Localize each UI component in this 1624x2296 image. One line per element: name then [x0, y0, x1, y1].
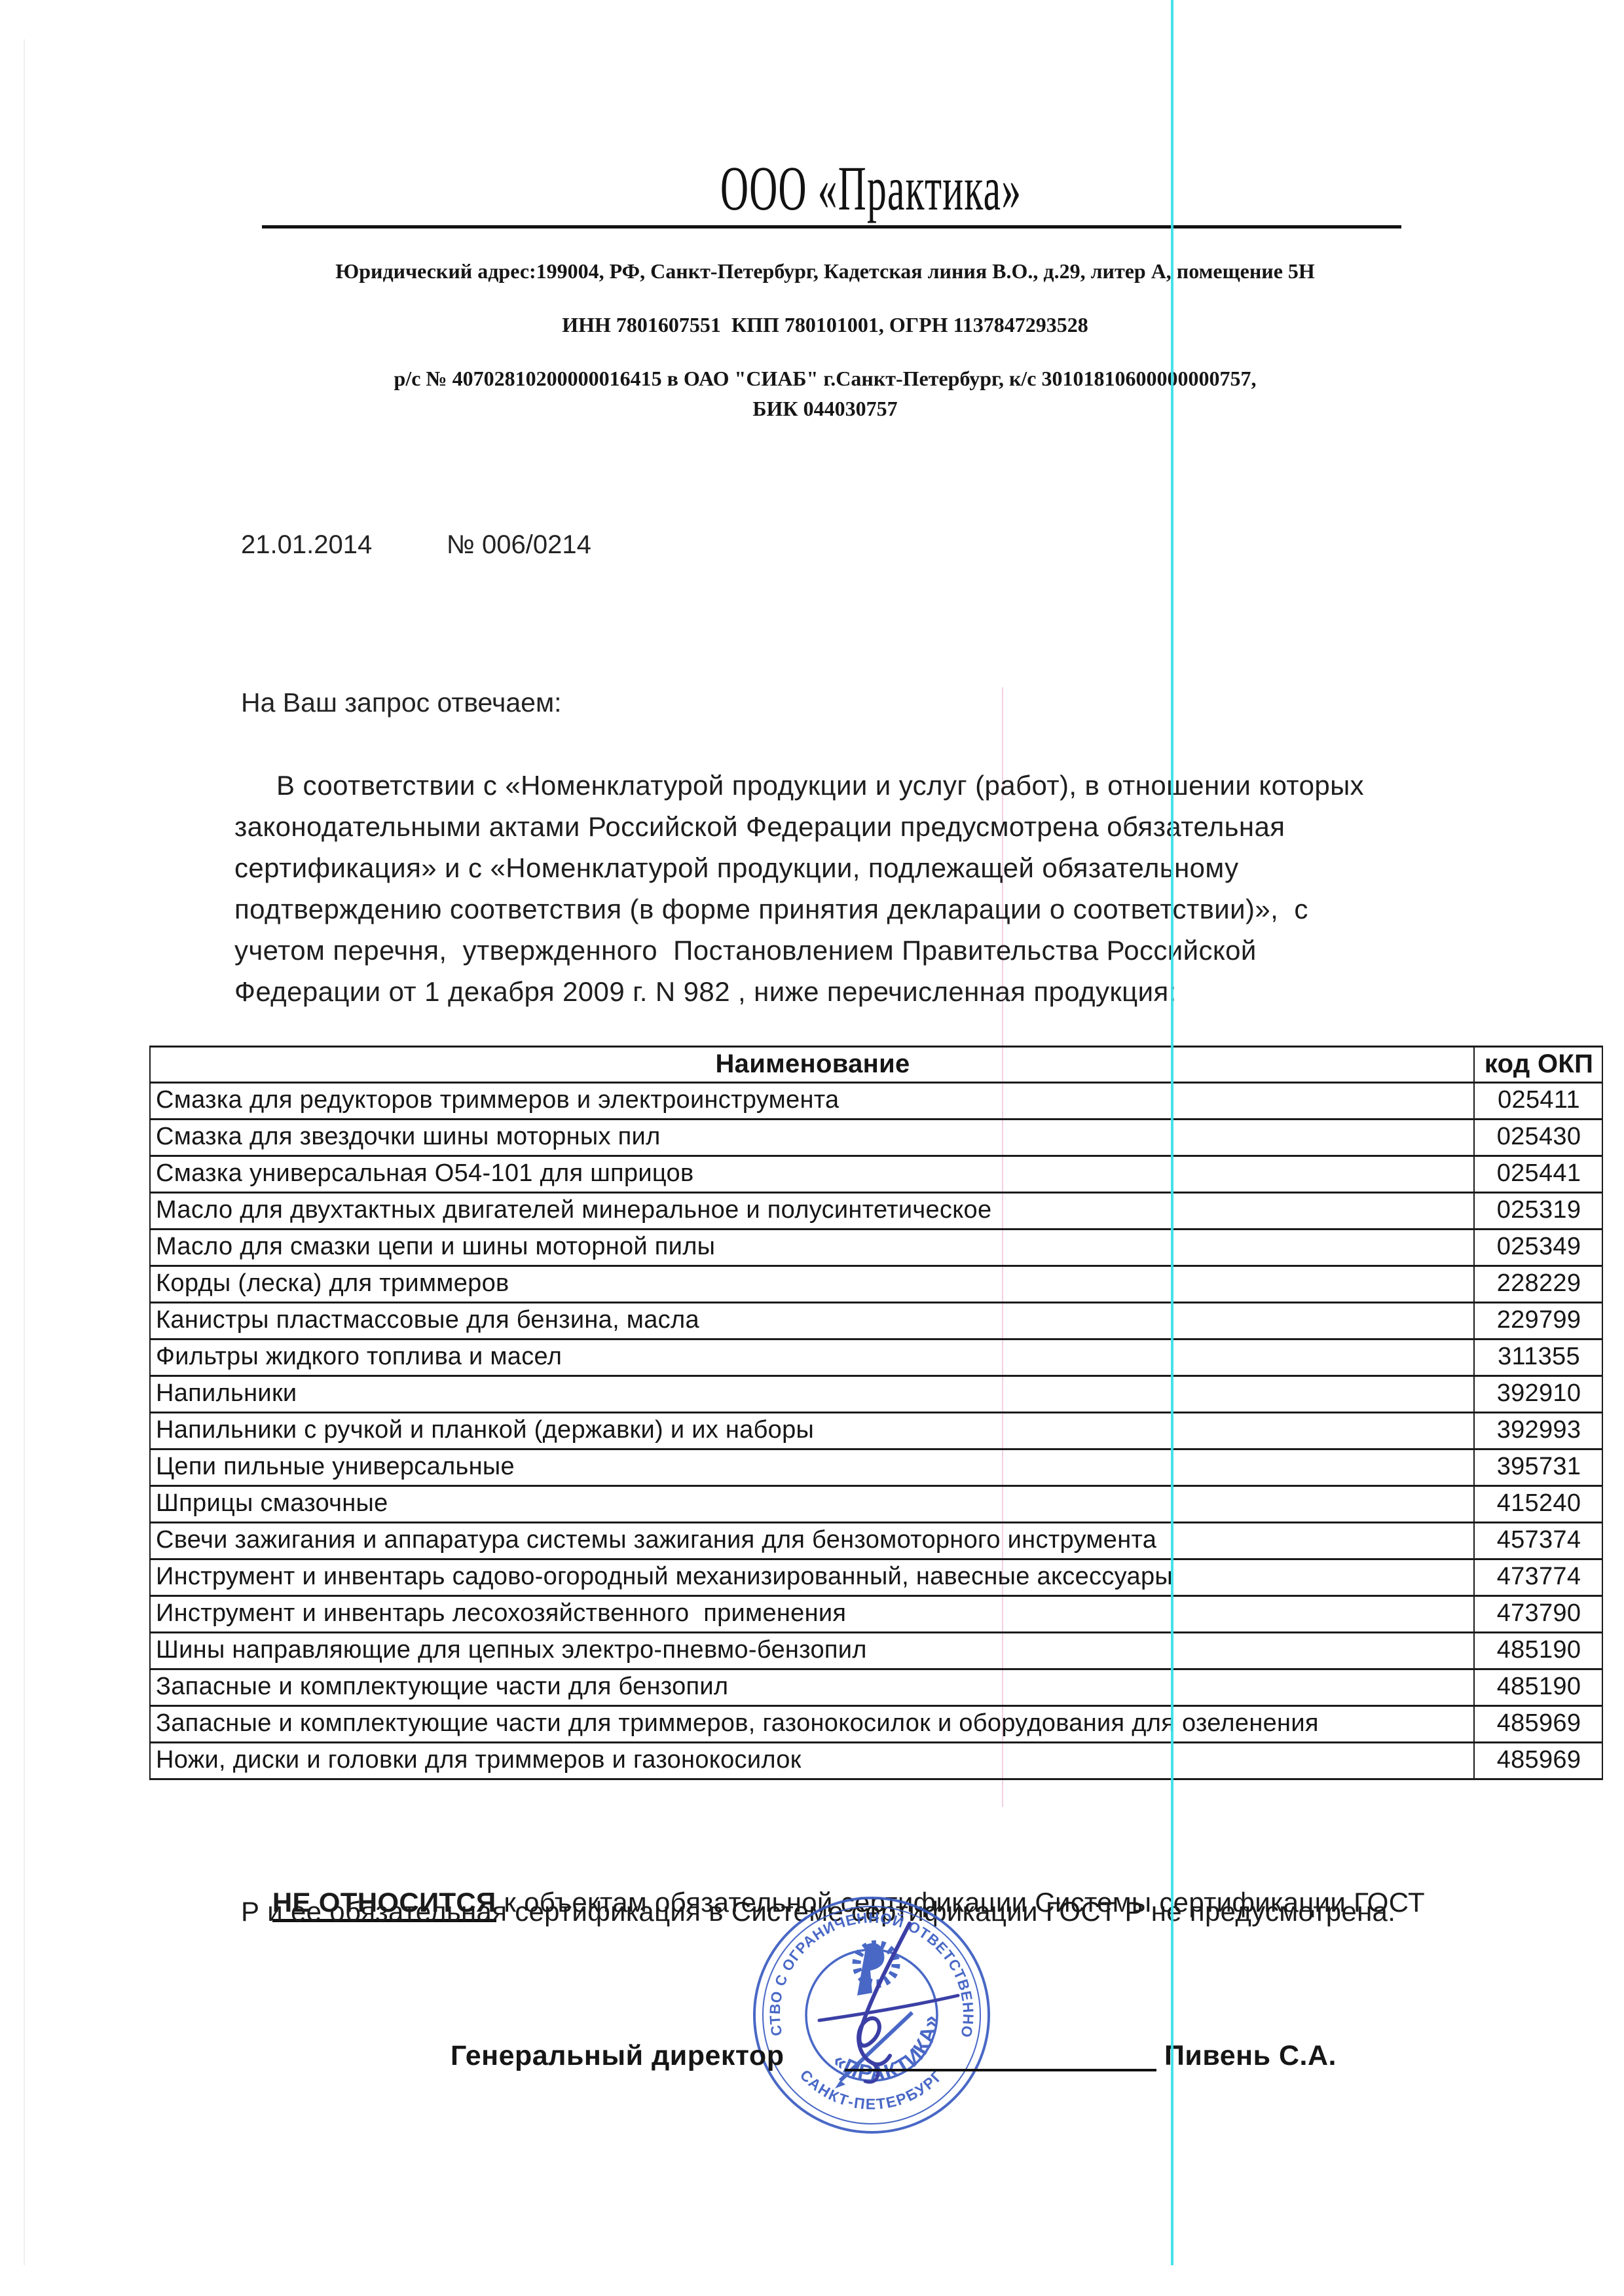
table-row: Напильники392910	[150, 1376, 1602, 1413]
products-table: Наименование код ОКП Смазка для редуктор…	[149, 1046, 1603, 1780]
bik-line: БИК 044030757	[111, 397, 1539, 421]
table-row: Корды (леска) для триммеров228229	[150, 1266, 1602, 1303]
okp-code-cell: 229799	[1474, 1303, 1602, 1339]
okp-code-cell: 392993	[1474, 1413, 1602, 1449]
stamp-second-ring	[763, 1906, 980, 2124]
body-line: В соответствии с «Номенклатурой продукци…	[234, 765, 1452, 806]
table-row: Цепи пильные универсальные395731	[150, 1449, 1602, 1486]
product-name-cell: Смазка универсальная О54-101 для шприцов	[150, 1156, 1474, 1193]
table-row: Фильтры жидкого топлива и масел311355	[150, 1339, 1602, 1376]
document-number: № 006/0214	[447, 530, 591, 560]
product-name-cell: Напильники	[150, 1376, 1474, 1413]
body-paragraph: В соответствии с «Номенклатурой продукци…	[234, 765, 1452, 1012]
letterhead-rule	[262, 225, 1401, 228]
paper-edge-line	[24, 39, 25, 2265]
table-row: Запасные и комплектующие части для бензо…	[150, 1669, 1602, 1706]
table-row: Шины направляющие для цепных электро-пне…	[150, 1633, 1602, 1669]
table-row: Напильники с ручкой и планкой (державки)…	[150, 1413, 1602, 1449]
company-stamp: ОБЩЕСТВО С ОГРАНИЧЕННОЙ ОТВЕТСТВЕННОСТЬЮ…	[741, 1884, 1003, 2146]
okp-code-cell: 025319	[1474, 1193, 1602, 1230]
table-row: Канистры пластмассовые для бензина, масл…	[150, 1303, 1602, 1339]
inn-kpp-ogrn-line: ИНН 7801607551 КПП 780101001, ОГРН 11378…	[111, 313, 1539, 337]
okp-code-cell: 485190	[1474, 1669, 1602, 1706]
okp-code-cell: 485969	[1474, 1706, 1602, 1743]
okp-code-cell: 311355	[1474, 1339, 1602, 1376]
product-name-cell: Напильники с ручкой и планкой (державки)…	[150, 1413, 1474, 1449]
table-row: Масло для двухтактных двигателей минерал…	[150, 1193, 1602, 1230]
legal-address-line: Юридический адрес:199004, РФ, Санкт-Пете…	[111, 259, 1539, 283]
scanner-streak-cyan	[1171, 0, 1173, 2265]
product-name-cell: Корды (леска) для триммеров	[150, 1266, 1474, 1303]
okp-code-cell: 392910	[1474, 1376, 1602, 1413]
product-name-cell: Фильтры жидкого топлива и масел	[150, 1339, 1474, 1376]
okp-code-cell: 485190	[1474, 1633, 1602, 1669]
body-line: сертификация» и с «Номенклатурой продукц…	[234, 847, 1452, 888]
okp-code-cell: 025430	[1474, 1120, 1602, 1156]
product-name-cell: Шины направляющие для цепных электро-пне…	[150, 1633, 1474, 1669]
column-header-name: Наименование	[150, 1047, 1474, 1083]
product-name-cell: Смазка для звездочки шины моторных пил	[150, 1120, 1474, 1156]
svg-text:«ПРАКТИКА»: «ПРАКТИКА»	[828, 2014, 942, 2085]
product-name-cell: Ножи, диски и головки для триммеров и га…	[150, 1743, 1474, 1779]
column-header-okp-code: код ОКП	[1474, 1047, 1602, 1083]
product-name-cell: Масло для двухтактных двигателей минерал…	[150, 1193, 1474, 1230]
signatory-title: Генеральный директор	[451, 2040, 784, 2072]
okp-code-cell: 485969	[1474, 1743, 1602, 1779]
table-row: Ножи, диски и головки для триммеров и га…	[150, 1743, 1602, 1779]
table-row: Запасные и комплектующие части для тримм…	[150, 1706, 1602, 1743]
okp-code-cell: 025411	[1474, 1083, 1602, 1120]
table-row: Инструмент и инвентарь лесохозяйственног…	[150, 1596, 1602, 1633]
product-name-cell: Смазка для редукторов триммеров и электр…	[150, 1083, 1474, 1120]
stamp-company-arc-text: «ПРАКТИКА»	[828, 2014, 942, 2085]
body-line: учетом перечня, утвержденного Постановле…	[234, 930, 1452, 971]
product-name-cell: Запасные и комплектующие части для бензо…	[150, 1669, 1474, 1706]
product-name-cell: Канистры пластмассовые для бензина, масл…	[150, 1303, 1474, 1339]
product-name-cell: Инструмент и инвентарь лесохозяйственног…	[150, 1596, 1474, 1633]
okp-code-cell: 473790	[1474, 1596, 1602, 1633]
table-row: Смазка универсальная О54-101 для шприцов…	[150, 1156, 1602, 1193]
body-line: законодательными актами Российской Федер…	[234, 806, 1452, 847]
table-row: Свечи зажигания и аппаратура системы заж…	[150, 1523, 1602, 1559]
okp-code-cell: 025349	[1474, 1230, 1602, 1266]
table-row: Инструмент и инвентарь садово-огородный …	[150, 1559, 1602, 1596]
document-page: ООО «Практика» Юридический адрес:199004,…	[0, 0, 1624, 2296]
body-line: подтверждению соответствия (в форме прин…	[234, 888, 1452, 930]
okp-code-cell: 415240	[1474, 1486, 1602, 1523]
company-name-title: ООО «Практика»	[720, 152, 1022, 225]
body-line: Федерации от 1 декабря 2009 г. N 982 , н…	[234, 971, 1452, 1012]
product-name-cell: Масло для смазки цепи и шины моторной пи…	[150, 1230, 1474, 1266]
signatory-name: Пивень С.А.	[1164, 2040, 1337, 2072]
signature-line	[845, 2069, 1156, 2071]
bank-account-line: р/с № 40702810200000016415 в ОАО "СИАБ" …	[111, 367, 1539, 391]
okp-code-cell: 228229	[1474, 1266, 1602, 1303]
product-name-cell: Инструмент и инвентарь садово-огородный …	[150, 1559, 1474, 1596]
document-date: 21.01.2014	[241, 530, 372, 560]
table-row: Шприцы смазочные415240	[150, 1486, 1602, 1523]
product-name-cell: Запасные и комплектующие части для тримм…	[150, 1706, 1474, 1743]
okp-code-cell: 395731	[1474, 1449, 1602, 1486]
product-name-cell: Шприцы смазочные	[150, 1486, 1474, 1523]
product-name-cell: Свечи зажигания и аппаратура системы заж…	[150, 1523, 1474, 1559]
table-row: Смазка для редукторов триммеров и электр…	[150, 1083, 1602, 1120]
okp-code-cell: 457374	[1474, 1523, 1602, 1559]
table-header-row: Наименование код ОКП	[150, 1047, 1602, 1083]
table-row: Масло для смазки цепи и шины моторной пи…	[150, 1230, 1602, 1266]
okp-code-cell: 473774	[1474, 1559, 1602, 1596]
salutation-text: На Ваш запрос отвечаем:	[241, 687, 562, 718]
product-name-cell: Цепи пильные универсальные	[150, 1449, 1474, 1486]
table-row: Смазка для звездочки шины моторных пил02…	[150, 1120, 1602, 1156]
okp-code-cell: 025441	[1474, 1156, 1602, 1193]
